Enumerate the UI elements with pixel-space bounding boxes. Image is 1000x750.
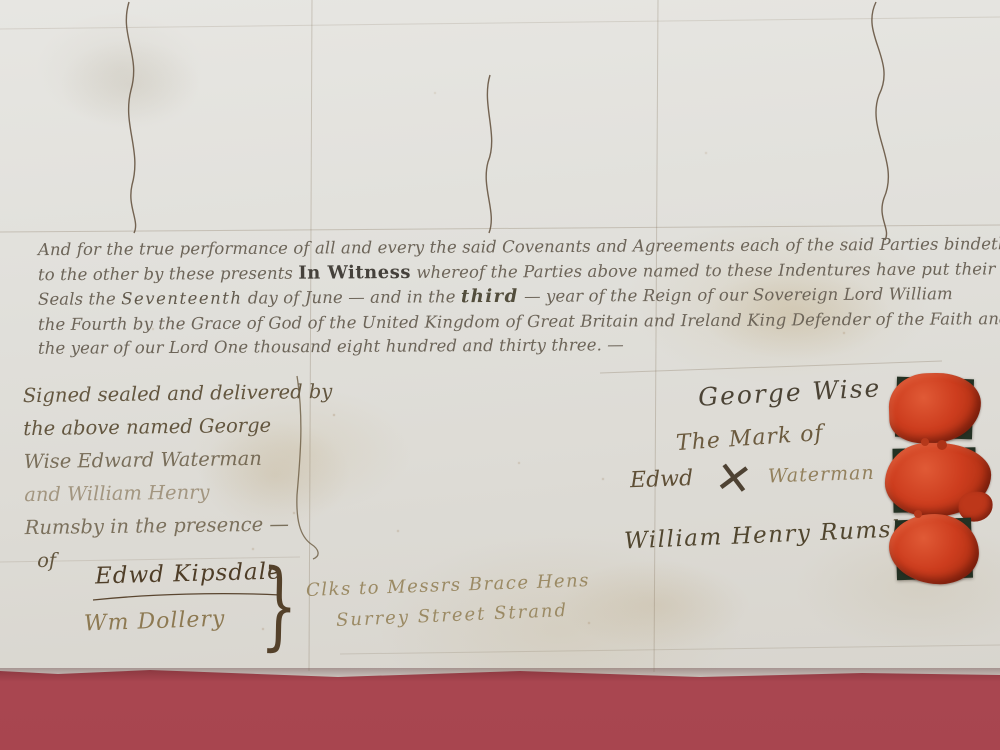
in-witness-emphasis: In Witness [298,262,411,284]
wax-drip-spots [0,0,6,6]
mark-name-first: Edwd [630,466,694,493]
deed-body-line-2-pre: to the other by these presents [38,264,298,285]
wax-seal-2 [885,443,991,517]
witness-signature-dollery: Wm Dollery [84,607,226,637]
mark-name-last: Waterman [768,462,875,488]
photograph-of-indenture: And for the true performance of all and … [0,0,1000,750]
deed-body-line-2-post: whereof the Parties above named to these… [411,259,1000,282]
witness-brace-glyph: } [260,556,299,654]
cross-mark-icon: ✕ [714,467,753,492]
attestation-line: and William Henry [24,474,334,511]
attestation-clause: Signed sealed and delivered by the above… [23,375,335,577]
attestation-line: Wise Edward Waterman [24,441,334,478]
wax-seal-1 [889,373,981,443]
attestation-line: Signed sealed and delivered by [23,375,333,412]
deed-body-line-3-pre: Seals the [38,289,121,309]
deed-body-line-5: the year of our Lord One thousand eight … [38,335,624,358]
red-wax-blob [884,442,991,518]
deed-body-line-3-mid: day of June — and in the [242,287,461,307]
attestation-line: the above named George [23,408,333,445]
execution-day-word: Seventeenth [121,289,242,309]
regnal-year-word: third [461,286,519,307]
parchment-edge-shadow [0,668,1000,682]
witness-signature-kipsdale: Edwd Kipsdale [95,559,282,590]
wax-seal-3 [889,514,979,584]
attestation-line: Rumsby in the presence — [24,507,334,544]
deed-body-line-3-post: — year of the Reign of our Sovereign Lor… [519,284,953,306]
